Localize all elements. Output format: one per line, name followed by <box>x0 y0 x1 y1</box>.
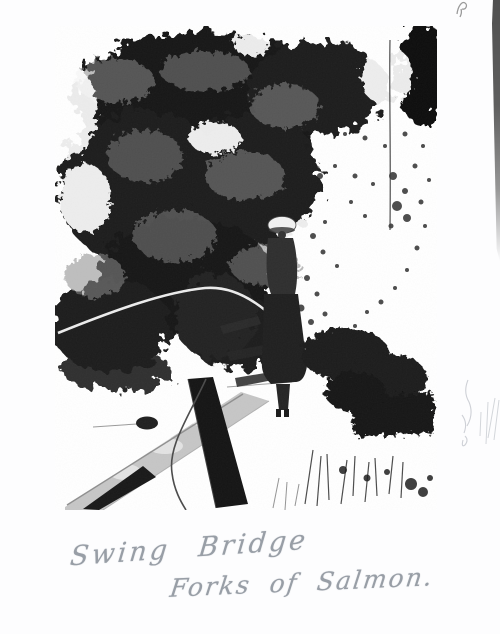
faint-pencil-writing <box>462 380 471 446</box>
scan-edge-strip <box>492 0 500 262</box>
swing-bridge-photo <box>55 26 437 510</box>
caption-line-2: Forks of Salmon. <box>168 562 436 603</box>
caption-line-1: Swing Bridge <box>69 525 310 573</box>
film-grain <box>55 26 437 510</box>
photo-artwork <box>55 26 437 510</box>
bleedthrough-strokes <box>480 398 499 444</box>
album-page: Swing Bridge Forks of Salmon. <box>0 0 500 634</box>
pencil-squiggle-mark <box>457 3 466 17</box>
